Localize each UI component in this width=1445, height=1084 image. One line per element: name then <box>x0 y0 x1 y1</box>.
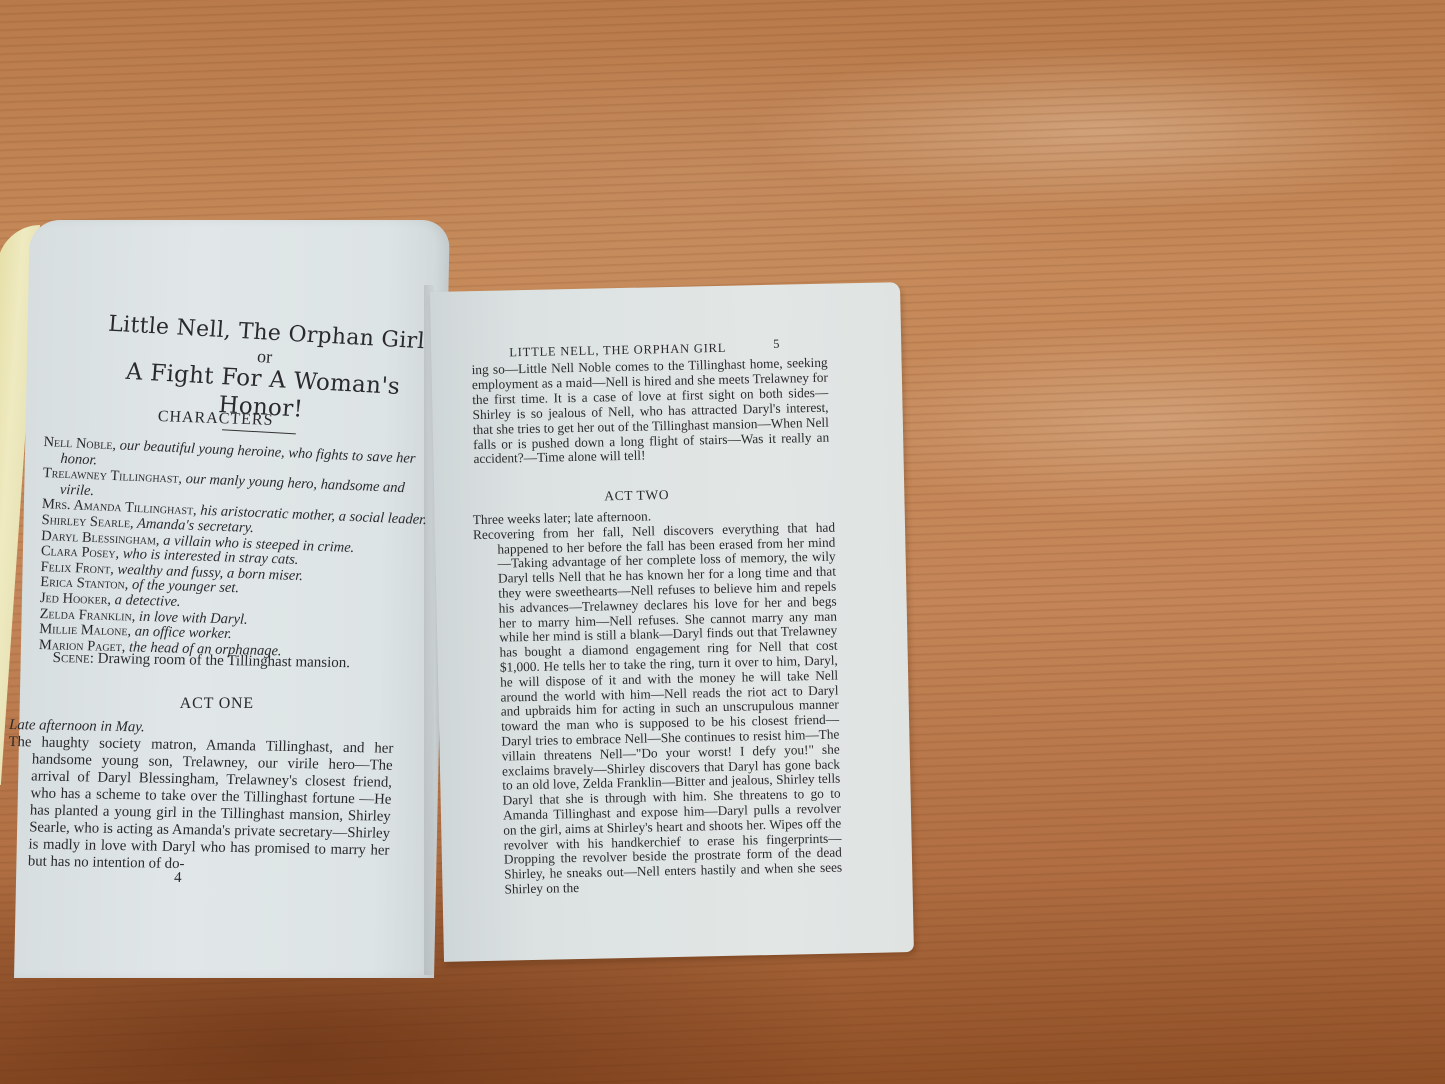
left-page: Little Nell, The Orphan Girl or A Fight … <box>14 220 450 978</box>
act-one-continued: ing so—Little Nell Noble comes to the Ti… <box>471 356 829 468</box>
page-number-left: 4 <box>174 870 182 887</box>
scene-text: Drawing room of the Tillinghast mansion. <box>94 651 351 671</box>
title-divider <box>222 429 296 434</box>
scene-label: Scene: <box>52 650 94 667</box>
character-description: a detective. <box>111 592 181 610</box>
character-list: Nell Noble, our beautiful young heroine,… <box>39 435 444 653</box>
right-page: LITTLE NELL, THE ORPHAN GIRL 5 ing so—Li… <box>430 282 914 962</box>
character-name: Jed Hooker, <box>40 590 112 608</box>
continued-synopsis: ing so—Little Nell Noble comes to the Ti… <box>471 356 829 468</box>
act-two-synopsis-block: Three weeks later; late afternoon. Recov… <box>473 506 843 898</box>
act-one-synopsis: The haughty society matron, Amanda Tilli… <box>4 734 394 877</box>
act-two-synopsis: Recovering from her fall, Nell discovers… <box>473 520 843 897</box>
act-one-heading: ACT ONE <box>180 695 255 713</box>
page-number-right: 5 <box>773 337 780 352</box>
act-one-synopsis-block: Late afternoon in May. The haughty socie… <box>4 717 395 877</box>
act-two-heading: ACT TWO <box>604 487 669 504</box>
